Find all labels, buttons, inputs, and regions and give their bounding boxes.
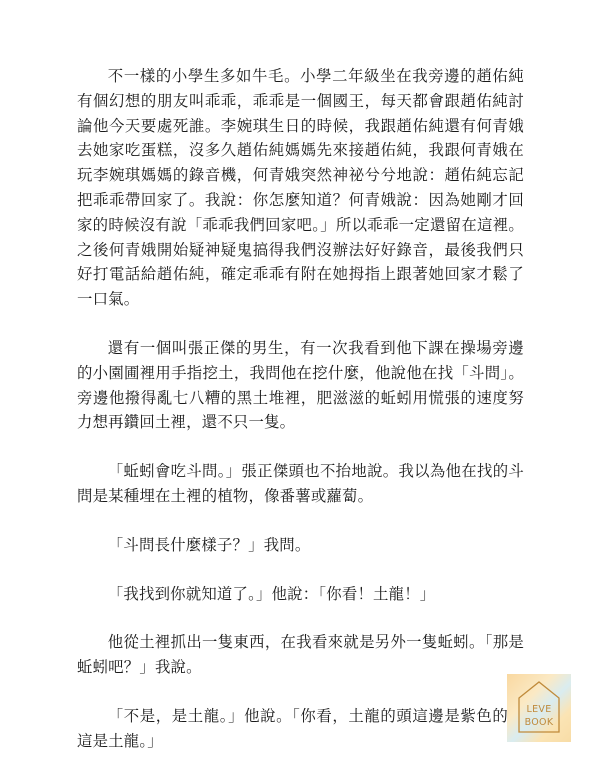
logo-text-line1: LEVE — [507, 704, 571, 715]
logo-text-line2: BOOK — [507, 717, 571, 728]
levebook-logo: LEVE BOOK — [507, 674, 571, 742]
paragraph-3: 「蚯蚓會吃斗問。」張正傑頭也不抬地說。我以為他在找的斗問是某種埋在土裡的植物，像… — [77, 459, 524, 509]
paragraph-2: 還有一個叫張正傑的男生，有一次我看到他下課在操場旁邊的小園圃裡用手指挖土，我問他… — [77, 336, 524, 435]
paragraph-6: 他從土裡抓出一隻東西，在我看來就是另外一隻蚯蚓。「那是蚯蚓吧？」我說。 — [77, 630, 524, 680]
paragraph-4: 「斗問長什麼樣子？」我問。 — [77, 533, 524, 558]
paragraph-1: 不一樣的小學生多如牛毛。小學二年級坐在我旁邊的趙佑純有個幻想的朋友叫乖乖，乖乖是… — [77, 64, 524, 312]
document-body: 不一樣的小學生多如牛毛。小學二年級坐在我旁邊的趙佑純有個幻想的朋友叫乖乖，乖乖是… — [77, 64, 524, 754]
paragraph-7: 「不是，是土龍。」他說。「你看，土龍的頭這邊是紫色的。這是土龍。」 — [77, 704, 524, 754]
paragraph-5: 「我找到你就知道了。」他說：「你看！土龍！」 — [77, 582, 524, 607]
